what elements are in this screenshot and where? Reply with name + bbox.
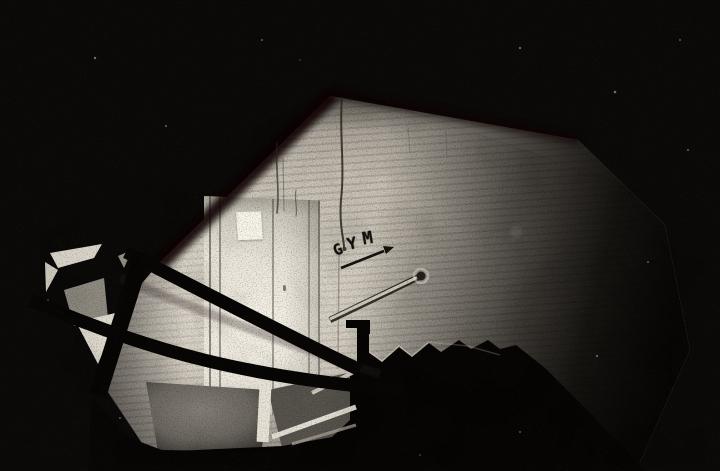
door-sign-card xyxy=(236,211,263,240)
door-frame-line xyxy=(308,200,310,416)
gym-letter: Y xyxy=(346,235,359,254)
door-meeting-stile xyxy=(272,199,274,415)
door-frame-line xyxy=(209,196,211,412)
door-frame-line xyxy=(219,197,221,413)
double-door xyxy=(204,196,320,416)
light-patch xyxy=(76,312,120,364)
door-frame-line xyxy=(318,200,320,416)
light-patch xyxy=(50,244,102,268)
door-handle xyxy=(283,285,286,291)
photo-canvas: G Y M xyxy=(0,0,720,471)
light-patch xyxy=(64,278,108,326)
gym-letter: M xyxy=(361,230,374,249)
light-patch xyxy=(118,250,132,268)
light-patch xyxy=(45,262,58,292)
brick-wall xyxy=(80,90,695,465)
